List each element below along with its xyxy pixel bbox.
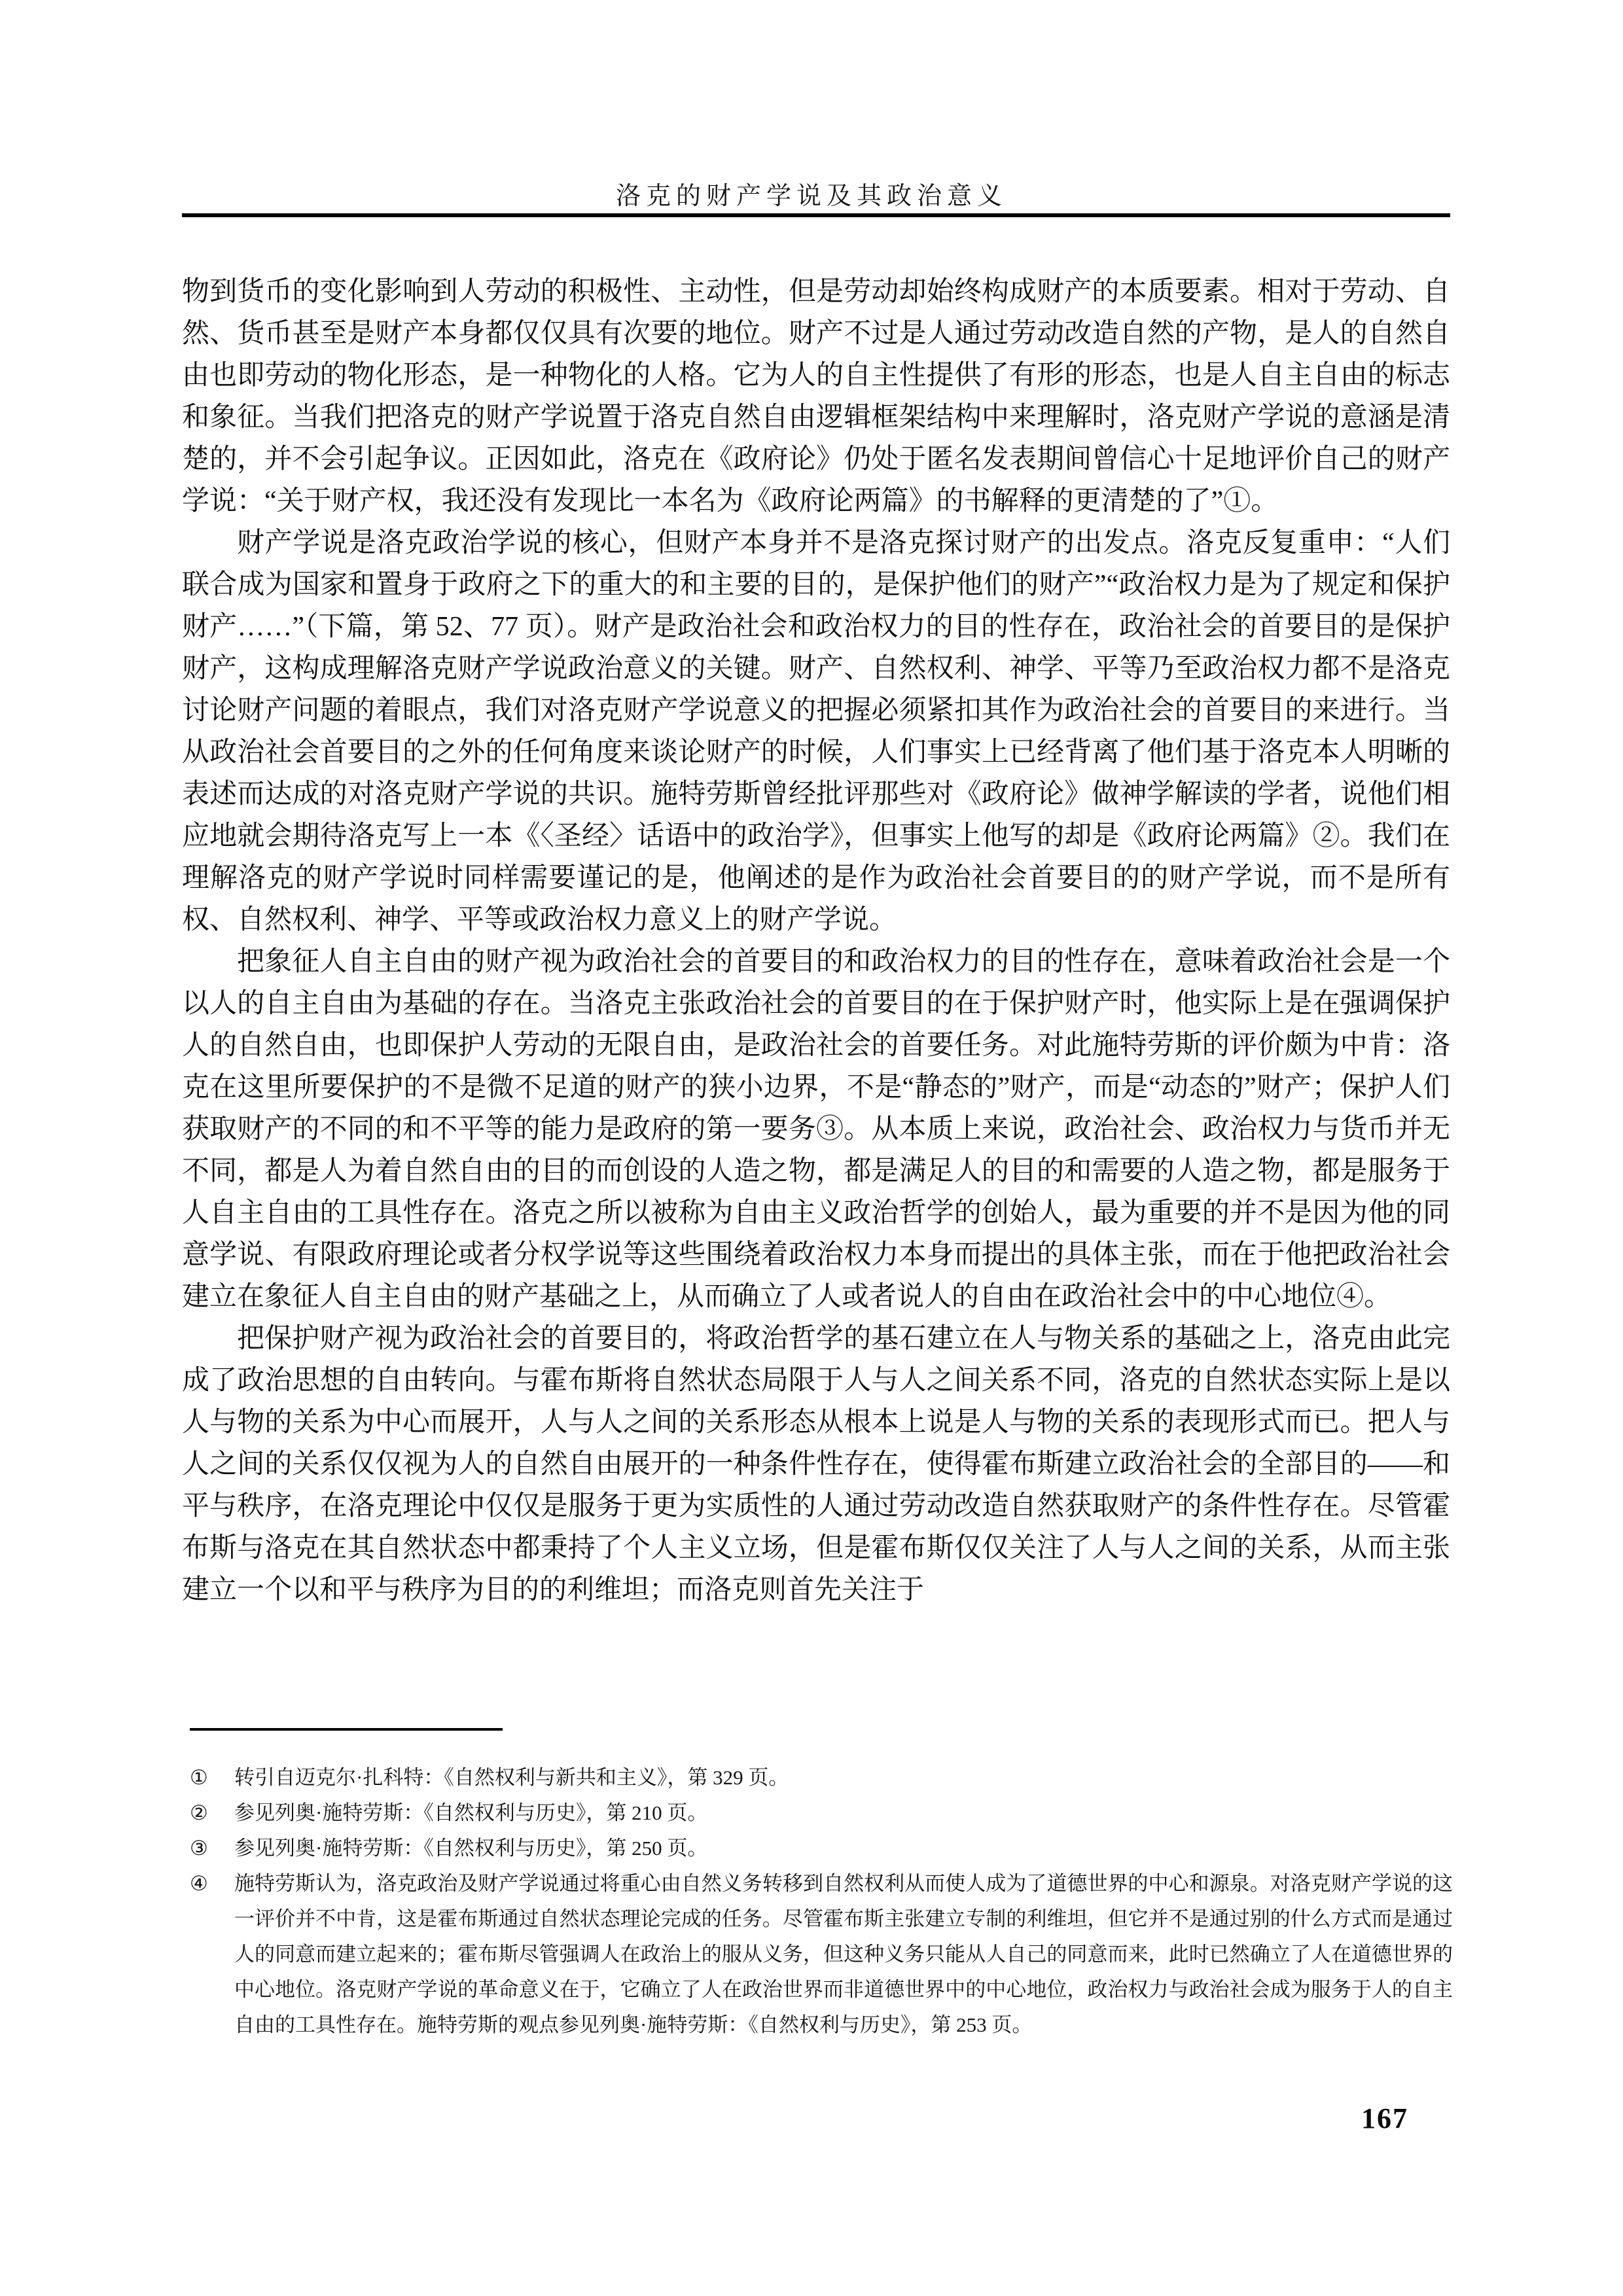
body-paragraph-1: 物到货币的变化影响到人劳动的积极性、主动性，但是劳动却始终构成财产的本质要素。相…: [182, 271, 1450, 522]
footnote-text: 参见列奥·施特劳斯：《自然权利与历史》，第 210 页。: [234, 1795, 1453, 1831]
footnote-text: 施特劳斯认为，洛克政治及财产学说通过将重心由自然义务转移到自然权利从而使人成为了…: [234, 1866, 1453, 2043]
body-paragraph-4: 把保护财产视为政治社会的首要目的，将政治哲学的基石建立在人与物关系的基础之上，洛…: [182, 1318, 1450, 1611]
footnote-text: 参见列奥·施特劳斯：《自然权利与历史》，第 250 页。: [234, 1831, 1453, 1866]
header-rule: [182, 213, 1450, 217]
body-paragraph-3: 把象征人自主自由的财产视为政治社会的首要目的和政治权力的目的性存在，意味着政治社…: [182, 941, 1450, 1318]
footnote-item: ② 参见列奥·施特劳斯：《自然权利与历史》，第 210 页。: [190, 1795, 1453, 1831]
footnote-separator: [190, 1728, 503, 1731]
document-page: 洛克的财产学说及其政治意义 物到货币的变化影响到人劳动的积极性、主动性，但是劳动…: [0, 0, 1623, 2296]
page-number: 167: [1361, 2102, 1408, 2135]
body-text: 物到货币的变化影响到人劳动的积极性、主动性，但是劳动却始终构成财产的本质要素。相…: [182, 271, 1450, 1611]
footnote-marker: ①: [190, 1760, 234, 1795]
footnote-item: ① 转引自迈克尔·扎科特：《自然权利与新共和主义》，第 329 页。: [190, 1760, 1453, 1795]
body-paragraph-2: 财产学说是洛克政治学说的核心，但财产本身并不是洛克探讨财产的出发点。洛克反复重申…: [182, 522, 1450, 941]
footnote-item: ③ 参见列奥·施特劳斯：《自然权利与历史》，第 250 页。: [190, 1831, 1453, 1866]
footnote-marker: ③: [190, 1831, 234, 1866]
footnote-text: 转引自迈克尔·扎科特：《自然权利与新共和主义》，第 329 页。: [234, 1760, 1453, 1795]
footnote-item: ④ 施特劳斯认为，洛克政治及财产学说通过将重心由自然义务转移到自然权利从而使人成…: [190, 1866, 1453, 2043]
running-head-title: 洛克的财产学说及其政治意义: [0, 175, 1623, 211]
footnote-marker: ④: [190, 1866, 234, 1901]
footnotes-block: ① 转引自迈克尔·扎科特：《自然权利与新共和主义》，第 329 页。 ② 参见列…: [190, 1760, 1453, 2043]
footnote-marker: ②: [190, 1795, 234, 1831]
